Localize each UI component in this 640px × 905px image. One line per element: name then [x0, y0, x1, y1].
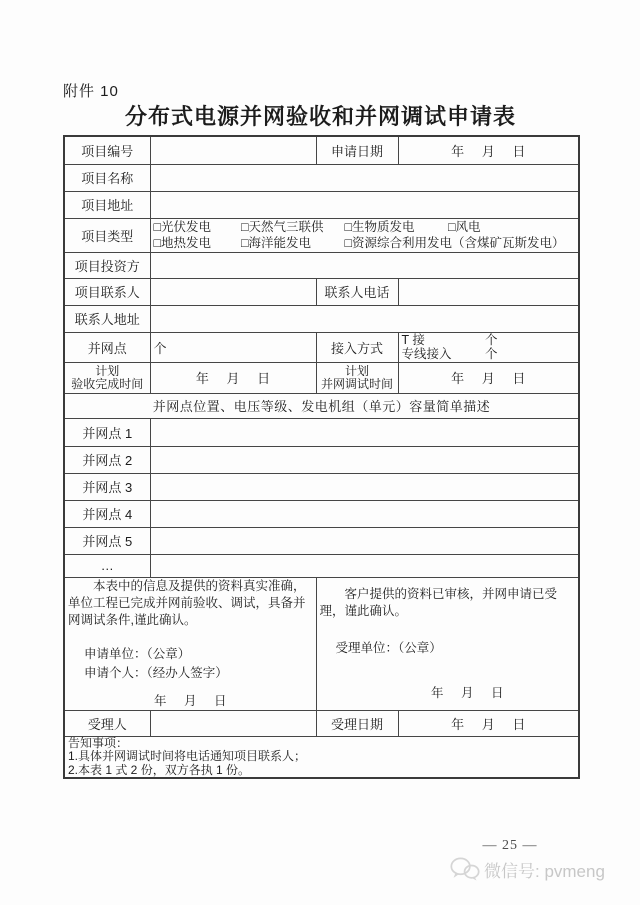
grid-point-row-field: [150, 527, 579, 554]
page-number: — 25 —: [470, 838, 550, 854]
acceptor-statement: 客户提供的资料已审核，并网申请已受理，谨此确认。: [320, 586, 576, 620]
project-addr-label: 项目地址: [64, 191, 150, 218]
table-row: 并网点位置、电压等级、发电机组（单元）容量简单描述: [64, 393, 579, 418]
notes-title: 告知事项：: [68, 737, 575, 751]
plan-debug-label-line2: 并网调试时间: [320, 378, 395, 391]
access-line-row: 专线接入 个: [402, 347, 576, 361]
project-type-options: □光伏发电 □天然气三联供 □生物质发电 □风电 □地热发电 □海洋能发电 □资…: [150, 218, 579, 252]
contact-phone-label: 联系人电话: [316, 278, 398, 305]
table-row: 项目地址: [64, 191, 579, 218]
contact-label: 项目联系人: [64, 278, 150, 305]
project-name-field: [150, 164, 579, 191]
grid-point-row-label: 并网点 3: [64, 473, 150, 500]
acceptor-declaration-cell: 客户提供的资料已审核，并网申请已受理，谨此确认。 受理单位：（公章） 年 月 日: [316, 577, 579, 710]
plan-accept-label: 计划 验收完成时间: [64, 362, 150, 393]
grid-point-row-label: 并网点 5: [64, 527, 150, 554]
applicant-declaration-cell: 本表中的信息及提供的资料真实准确，单位工程已完成并网前验收、调试，具备并网调试条…: [64, 577, 316, 710]
table-row: 本表中的信息及提供的资料真实准确，单位工程已完成并网前验收、调试，具备并网调试条…: [64, 577, 579, 710]
access-t-label: T 接: [402, 333, 482, 347]
table-row: 并网点 2: [64, 446, 579, 473]
scanned-form-page: 附件 10 分布式电源并网验收和并网调试申请表 项目编号 申请日期 年 月 日 …: [0, 0, 640, 905]
points-desc-header: 并网点位置、电压等级、发电机组（单元）容量简单描述: [64, 393, 579, 418]
checkbox-option: □资源综合利用发电（含煤矿瓦斯发电）: [344, 236, 564, 250]
project-addr-field: [150, 191, 579, 218]
checkbox-option: □天然气三联供: [241, 219, 341, 235]
grid-point-row-field: [150, 500, 579, 527]
table-row: 项目联系人 联系人电话: [64, 278, 579, 305]
access-t-unit: 个: [485, 333, 498, 347]
applicant-statement: 本表中的信息及提供的资料真实准确，单位工程已完成并网前验收、调试，具备并网调试条…: [68, 578, 313, 629]
wechat-icon: [450, 856, 480, 882]
table-row: 联系人地址: [64, 305, 579, 332]
contact-field: [150, 278, 316, 305]
table-row: 并网点 3: [64, 473, 579, 500]
acceptor-date: 年 月 日: [320, 685, 576, 702]
access-t-row: T 接 个: [402, 333, 576, 347]
note-line: 2.本表 1 式 2 份，双方各执 1 份。: [68, 764, 575, 778]
plan-debug-date-field: 年 月 日: [398, 362, 579, 393]
project-no-label: 项目编号: [64, 136, 150, 164]
application-form-table: 项目编号 申请日期 年 月 日 项目名称 项目地址 项目类型 □光伏发电 □天然…: [63, 135, 580, 779]
table-row: 并网点 4: [64, 500, 579, 527]
table-row: 项目类型 □光伏发电 □天然气三联供 □生物质发电 □风电 □地热发电 □海洋能…: [64, 218, 579, 252]
table-row: …: [64, 554, 579, 577]
checkbox-option: □风电: [448, 220, 481, 234]
grid-point-row-field: [150, 446, 579, 473]
project-type-label: 项目类型: [64, 218, 150, 252]
project-no-field: [150, 136, 316, 164]
grid-point-row-field: [150, 418, 579, 446]
checkbox-option: □地热发电: [154, 235, 238, 251]
watermark: 微信号: pvmeng: [450, 856, 605, 882]
contact-addr-label: 联系人地址: [64, 305, 150, 332]
attachment-label: 附件 10: [63, 80, 119, 101]
grid-point-row-field: [150, 473, 579, 500]
applicant-unit-line: 申请单位：（公章）: [84, 645, 313, 664]
applicant-date: 年 月 日: [68, 693, 313, 710]
apply-date-field: 年 月 日: [398, 136, 579, 164]
grid-point-count-field: 个: [150, 332, 316, 362]
table-row: 项目投资方: [64, 252, 579, 278]
acceptor-unit-line: 受理单位：（公章）: [336, 640, 576, 657]
table-row: 受理人 受理日期 年 月 日: [64, 710, 579, 736]
contact-phone-field: [398, 278, 579, 305]
table-row: 项目编号 申请日期 年 月 日: [64, 136, 579, 164]
type-options-row1: □光伏发电 □天然气三联供 □生物质发电 □风电: [154, 219, 576, 235]
access-mode-label: 接入方式: [316, 332, 398, 362]
checkbox-option: □光伏发电: [154, 219, 238, 235]
accept-date-field: 年 月 日: [398, 710, 579, 736]
plan-debug-label: 计划 并网调试时间: [316, 362, 398, 393]
table-row: 并网点 1: [64, 418, 579, 446]
investor-field: [150, 252, 579, 278]
plan-accept-label-line1: 计划: [68, 365, 147, 378]
accept-date-label: 受理日期: [316, 710, 398, 736]
type-options-row2: □地热发电 □海洋能发电 □资源综合利用发电（含煤矿瓦斯发电）: [154, 235, 576, 251]
project-name-label: 项目名称: [64, 164, 150, 191]
investor-label: 项目投资方: [64, 252, 150, 278]
plan-accept-date-field: 年 月 日: [150, 362, 316, 393]
handler-label: 受理人: [64, 710, 150, 736]
page-title: 分布式电源并网验收和并网调试申请表: [63, 100, 578, 131]
access-line-unit: 个: [485, 347, 498, 361]
access-mode-field: T 接 个 专线接入 个: [398, 332, 579, 362]
note-line: 1.具体并网调试时间将电话通知项目联系人；: [68, 750, 575, 764]
apply-date-label: 申请日期: [316, 136, 398, 164]
notes-cell: 告知事项： 1.具体并网调试时间将电话通知项目联系人； 2.本表 1 式 2 份…: [64, 736, 579, 778]
acceptor-sign-block: 受理单位：（公章）: [320, 640, 576, 657]
access-line-label: 专线接入: [402, 347, 482, 361]
plan-debug-label-line1: 计划: [320, 365, 395, 378]
plan-accept-label-line2: 验收完成时间: [68, 378, 147, 391]
handler-field: [150, 710, 316, 736]
table-row: 并网点 个 接入方式 T 接 个 专线接入 个: [64, 332, 579, 362]
grid-point-more-field: [150, 554, 579, 577]
applicant-sign-block: 申请单位：（公章） 申请个人：（经办人签字）: [68, 645, 313, 683]
table-row: 告知事项： 1.具体并网调试时间将电话通知项目联系人； 2.本表 1 式 2 份…: [64, 736, 579, 778]
contact-addr-field: [150, 305, 579, 332]
grid-point-row-label: 并网点 1: [64, 418, 150, 446]
table-row: 项目名称: [64, 164, 579, 191]
applicant-person-line: 申请个人：（经办人签字）: [84, 664, 313, 683]
grid-point-more-label: …: [64, 554, 150, 577]
watermark-text: 微信号: pvmeng: [484, 857, 605, 882]
table-row: 并网点 5: [64, 527, 579, 554]
checkbox-option: □海洋能发电: [241, 235, 341, 251]
table-row: 计划 验收完成时间 年 月 日 计划 并网调试时间 年 月 日: [64, 362, 579, 393]
grid-point-label: 并网点: [64, 332, 150, 362]
checkbox-option: □生物质发电: [344, 219, 444, 235]
grid-point-row-label: 并网点 4: [64, 500, 150, 527]
grid-point-row-label: 并网点 2: [64, 446, 150, 473]
